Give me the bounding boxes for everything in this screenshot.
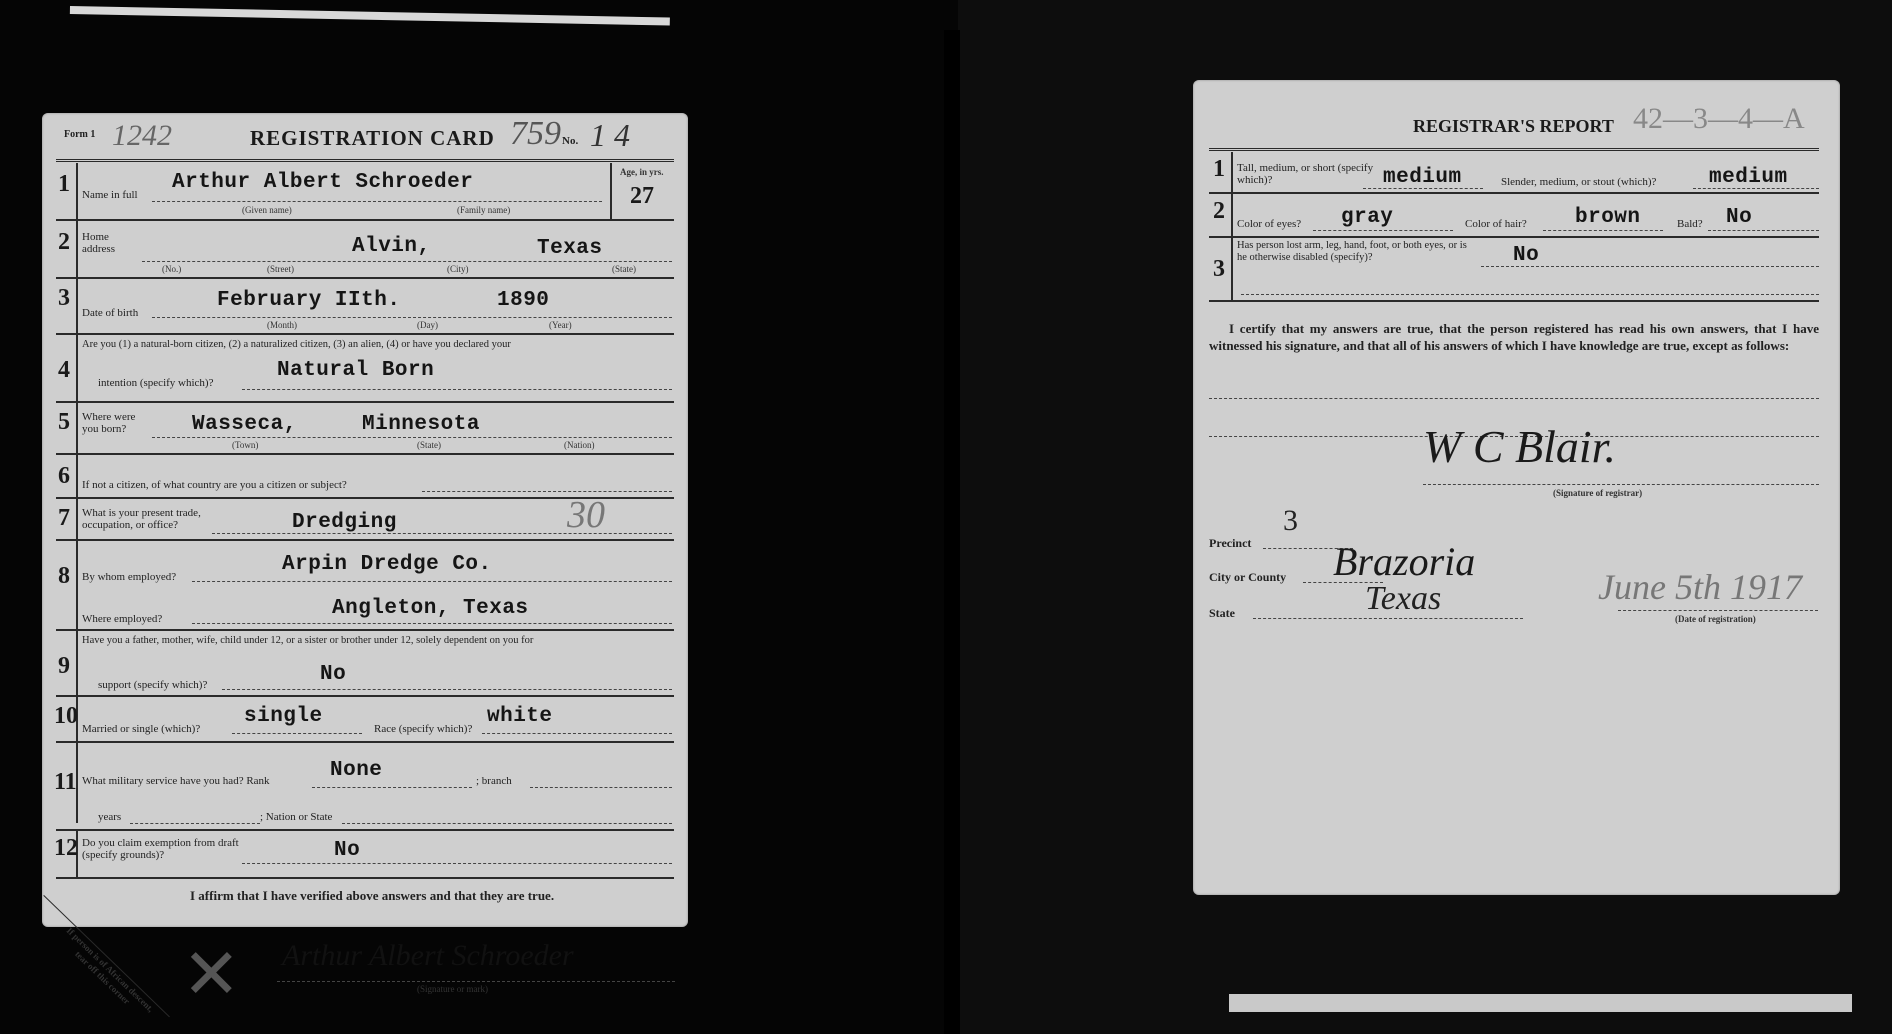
- registration-number-suffix: 1 4: [590, 117, 630, 154]
- row-number: 3: [1213, 256, 1225, 283]
- page-gutter: [944, 30, 960, 1034]
- form-label: Form 1: [64, 129, 95, 140]
- dependents-value: No: [320, 663, 346, 686]
- build-value: medium: [1709, 166, 1788, 189]
- build-label: Slender, medium, or stout (which)?: [1501, 176, 1656, 188]
- row-number: 7: [58, 505, 70, 532]
- bald-label: Bald?: [1677, 218, 1703, 230]
- height-value: medium: [1383, 166, 1462, 189]
- occupation-label: What is your present trade, occupation, …: [82, 507, 252, 531]
- military-rank-label: What military service have you had? Rank: [82, 775, 270, 787]
- hair-color-value: brown: [1575, 206, 1641, 229]
- exemption-label: Do you claim exemption from draft (speci…: [82, 837, 242, 861]
- foreign-citizenship-label: If not a citizen, of what country are yo…: [82, 479, 347, 491]
- bottom-paper-strip: [1229, 994, 1852, 1012]
- row-number: 3: [58, 285, 70, 312]
- row-number: 12: [54, 835, 78, 862]
- registrar-caption: (Signature of registrar): [1553, 488, 1642, 498]
- row-number: 10: [54, 703, 78, 730]
- month-caption: (Month): [267, 320, 297, 330]
- exemption-value: No: [334, 839, 360, 862]
- nation-caption: (Nation): [564, 440, 595, 450]
- hair-color-label: Color of hair?: [1465, 218, 1527, 230]
- work-location-value: Angleton, Texas: [332, 597, 529, 620]
- row-number: 8: [58, 563, 70, 590]
- day-caption: (Day): [417, 320, 438, 330]
- county-label: City or County: [1209, 570, 1286, 585]
- affirmation-text: I affirm that I have verified above answ…: [190, 888, 554, 904]
- street-caption: (Street): [267, 264, 294, 274]
- state-caption: (State): [417, 440, 441, 450]
- marital-status-label: Married or single (which)?: [82, 723, 200, 735]
- height-label: Tall, medium, or short (specify which)?: [1237, 162, 1387, 186]
- row-number: 2: [1213, 198, 1225, 225]
- year-caption: (Year): [549, 320, 572, 330]
- address-city-value: Alvin,: [352, 235, 431, 258]
- name-value: Arthur Albert Schroeder: [172, 171, 473, 194]
- tear-off-note: If person is of African descent, tear of…: [55, 924, 157, 1023]
- occupation-value: Dredging: [292, 511, 397, 534]
- row-number: 5: [58, 409, 70, 436]
- report-code-stamp: 42—3—4—A: [1633, 102, 1805, 136]
- age-label: Age, in yrs.: [620, 167, 664, 177]
- work-location-label: Where employed?: [82, 613, 162, 625]
- birthplace-state-value: Minnesota: [362, 413, 480, 436]
- registrant-signature: Arthur Albert Schroeder: [282, 939, 574, 973]
- precinct-value: 3: [1283, 504, 1298, 538]
- employer-value: Arpin Dredge Co.: [282, 553, 492, 576]
- row-number: 11: [54, 769, 77, 796]
- signature-caption: (Signature or mark): [417, 984, 488, 994]
- dependents-label: support (specify which)?: [98, 679, 207, 691]
- name-label: Name in full: [82, 189, 138, 201]
- registration-date-value: June 5th 1917: [1598, 566, 1802, 608]
- eye-color-label: Color of eyes?: [1237, 218, 1301, 230]
- row-number: 1: [58, 171, 70, 198]
- home-address-label: Home address: [82, 231, 132, 255]
- age-value: 27: [630, 183, 654, 210]
- state-caption: (State): [612, 264, 636, 274]
- state-label: State: [1209, 606, 1235, 621]
- precinct-label: Precinct: [1209, 536, 1251, 551]
- bald-value: No: [1726, 206, 1752, 229]
- row-number: 4: [58, 357, 70, 384]
- disability-label: Has person lost arm, leg, hand, foot, or…: [1237, 240, 1477, 264]
- citizenship-value: Natural Born: [277, 359, 434, 382]
- military-years-label: years: [98, 811, 121, 823]
- margin-note: 30: [567, 493, 605, 537]
- birthplace-label: Where were you born?: [82, 411, 152, 435]
- date-caption: (Date of registration): [1675, 614, 1756, 624]
- row-number: 9: [58, 653, 70, 680]
- family-name-caption: (Family name): [457, 205, 510, 215]
- card-title: REGISTRATION CARD: [250, 126, 495, 151]
- military-rank-value: None: [330, 759, 382, 782]
- state-value: Texas: [1365, 580, 1441, 618]
- dob-year-value: 1890: [497, 289, 549, 312]
- tear-off-line: [43, 895, 170, 1017]
- birthplace-town-value: Wasseca,: [192, 413, 297, 436]
- registrar-signature: W C Blair.: [1423, 420, 1616, 473]
- employer-label: By whom employed?: [82, 571, 176, 583]
- military-branch-label: ; branch: [476, 775, 512, 787]
- race-label: Race (specify which)?: [374, 723, 472, 735]
- given-name-caption: (Given name): [242, 205, 292, 215]
- disability-value: No: [1513, 244, 1539, 267]
- certification-text: I certify that my answers are true, that…: [1209, 320, 1819, 354]
- address-state-value: Texas: [537, 237, 603, 260]
- serial-handwritten: 1242: [112, 119, 172, 153]
- dob-month-day-value: February IIth.: [217, 289, 400, 312]
- row-number: 6: [58, 463, 70, 490]
- eye-color-value: gray: [1341, 206, 1393, 229]
- registrars-report-card: REGISTRAR'S REPORT 42—3—4—A 1 Tall, medi…: [1193, 80, 1840, 895]
- military-nation-label: ; Nation or State: [260, 811, 332, 823]
- dob-label: Date of birth: [82, 307, 138, 319]
- race-value: white: [487, 705, 553, 728]
- county-value: Brazoria: [1333, 538, 1475, 585]
- registration-card: Form 1 1242 REGISTRATION CARD 759 No. 1 …: [42, 113, 688, 927]
- city-caption: (City): [447, 264, 469, 274]
- citizenship-label: intention (specify which)?: [98, 377, 213, 389]
- no-caption: (No.): [162, 264, 181, 274]
- registration-number-handwritten: 759: [510, 115, 561, 153]
- report-title: REGISTRAR'S REPORT: [1413, 116, 1614, 137]
- citizenship-question: Are you (1) a natural-born citizen, (2) …: [82, 339, 511, 350]
- row-number: 1: [1213, 156, 1225, 183]
- top-paper-strip: [70, 6, 670, 26]
- dependents-question: Have you a father, mother, wife, child u…: [82, 635, 533, 646]
- marital-status-value: single: [244, 705, 323, 728]
- mark-x-icon: ✕: [182, 933, 241, 1015]
- row-number: 2: [58, 229, 70, 256]
- no-label: No.: [562, 135, 578, 147]
- town-caption: (Town): [232, 440, 258, 450]
